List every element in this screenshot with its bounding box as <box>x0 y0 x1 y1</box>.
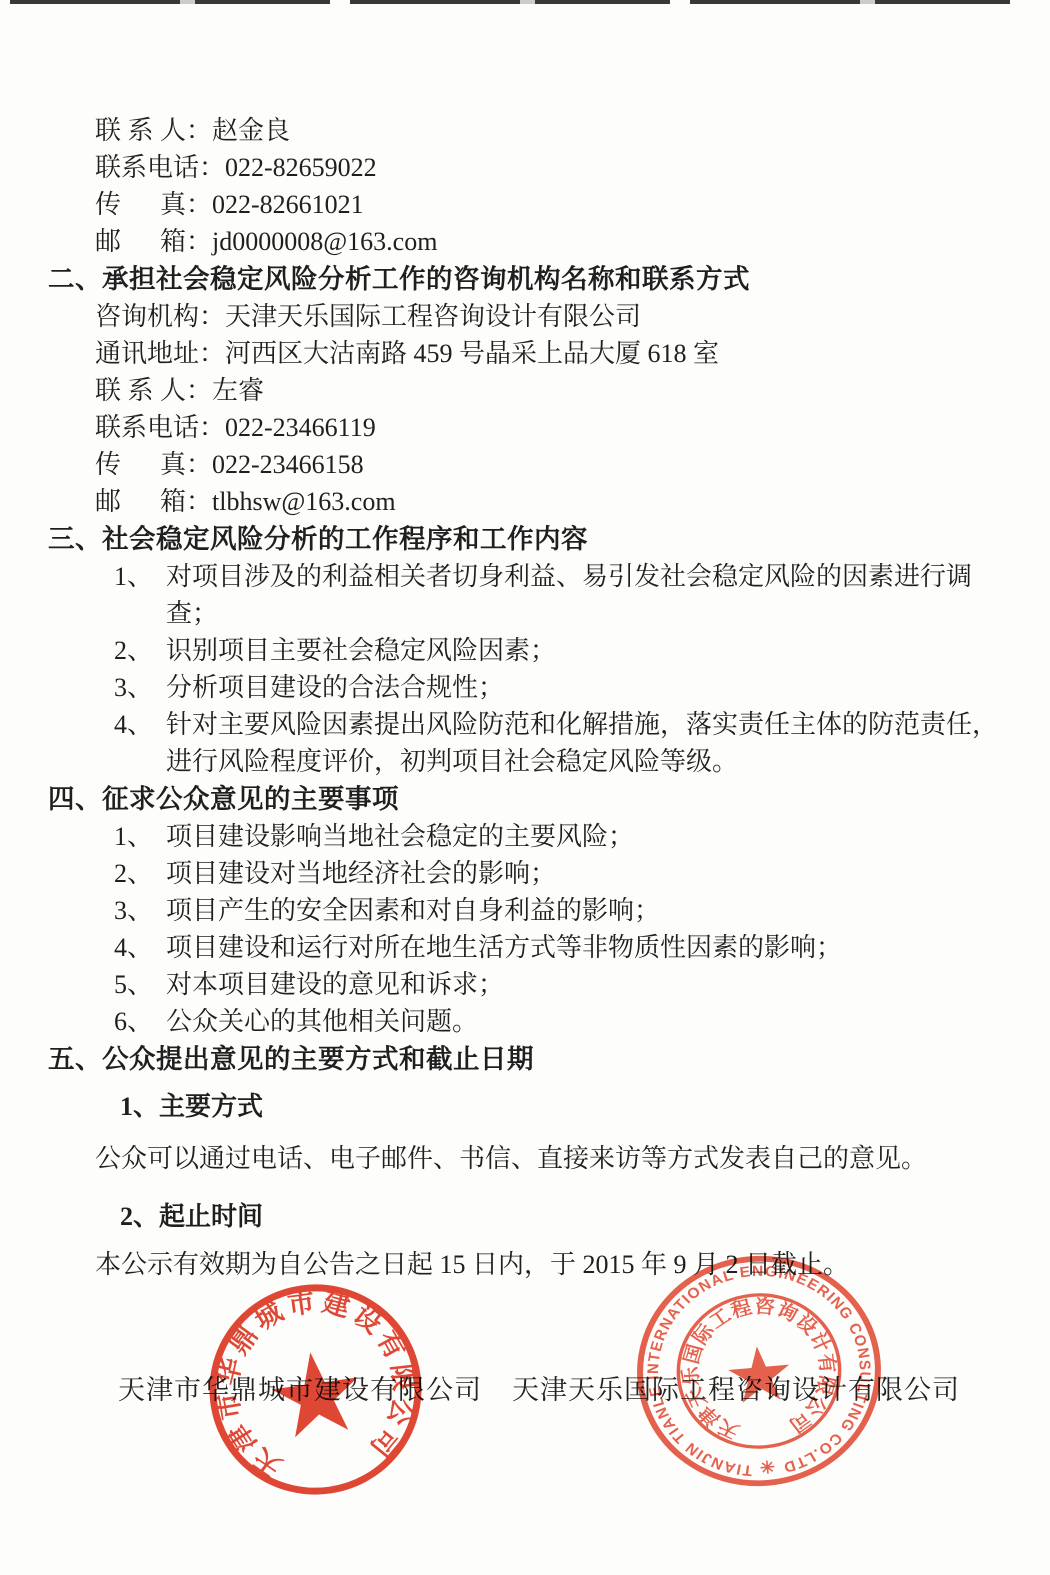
item-text: 项目建设和运行对所在地生活方式等非物质性因素的影响； <box>166 929 1006 966</box>
section5-sub2-title: 2、起止时间 <box>120 1198 1006 1235</box>
contact-row: 联 系 人：赵金良 <box>95 112 1006 149</box>
item-text: 识别项目主要社会稳定风险因素； <box>166 632 1006 669</box>
list-item: 3、项目产生的安全因素和对自身利益的影响； <box>114 892 1006 929</box>
item-text: 公众关心的其他相关问题。 <box>166 1003 1006 1040</box>
item-text: 对本项目建设的意见和诉求； <box>166 966 1006 1003</box>
contact-value: 022-23466158 <box>212 446 364 483</box>
scanned-document-page: 联 系 人：赵金良 联系电话：022-82659022 传 真：022-8266… <box>0 0 1050 1575</box>
list-item: 6、公众关心的其他相关问题。 <box>114 1003 1006 1040</box>
contact-label: 传 真： <box>95 446 212 483</box>
contact-row: 邮 箱：tlbhsw@163.com <box>95 483 1006 520</box>
item-number: 3、 <box>114 892 166 929</box>
section3-title: 三、社会稳定风险分析的工作程序和工作内容 <box>48 520 1006 558</box>
contact-row: 传 真：022-23466158 <box>95 446 1006 483</box>
list-item: 2、项目建设对当地经济社会的影响； <box>114 855 1006 892</box>
section4-title: 四、征求公众意见的主要事项 <box>48 780 1006 818</box>
contact-row: 咨询机构：天津天乐国际工程咨询设计有限公司 <box>95 298 1006 335</box>
item-number: 4、 <box>114 706 166 780</box>
contact-value: tlbhsw@163.com <box>212 483 396 520</box>
seal-left-graphics: 天津市华鼎城市建设有限公司 <box>199 1274 432 1504</box>
contact-row: 联系电话：022-82659022 <box>95 149 1006 186</box>
contact-label: 咨询机构： <box>95 298 225 335</box>
item-text: 项目产生的安全因素和对自身利益的影响； <box>166 892 1006 929</box>
item-number: 5、 <box>114 966 166 1003</box>
item-number: 2、 <box>114 855 166 892</box>
item-text: 分析项目建设的合法合规性； <box>166 669 1006 706</box>
contact-label: 通讯地址： <box>95 335 225 372</box>
contact-row: 通讯地址：河西区大沽南路 459 号晶采上品大厦 618 室 <box>95 335 1006 372</box>
contact-value: 左睿 <box>212 372 264 409</box>
item-number: 6、 <box>114 1003 166 1040</box>
contact-label: 联 系 人： <box>95 112 212 149</box>
list-item: 1、项目建设影响当地社会稳定的主要风险； <box>114 818 1006 855</box>
item-number: 1、 <box>114 818 166 855</box>
list-item: 2、识别项目主要社会稳定风险因素； <box>114 632 1006 669</box>
item-text: 对项目涉及的利益相关者切身利益、易引发社会稳定风险的因素进行调查； <box>166 558 1006 632</box>
scan-artifact-top-edge <box>10 0 1024 4</box>
contact-value: 022-82661021 <box>212 186 364 223</box>
contact-label: 联 系 人： <box>95 372 212 409</box>
section5-sub1-paragraph: 公众可以通过电话、电子邮件、书信、直接来访等方式发表自己的意见。 <box>95 1140 1006 1177</box>
seal-bottom-ornament-icon: ✳ <box>759 1457 776 1478</box>
item-number: 2、 <box>114 632 166 669</box>
item-text: 针对主要风险因素提出风险防范和化解措施，落实责任主体的防范责任，进行风险程度评价… <box>166 706 1006 780</box>
section2-title: 二、承担社会稳定风险分析工作的咨询机构名称和联系方式 <box>48 260 1006 298</box>
contact-value: 河西区大沽南路 459 号晶采上品大厦 618 室 <box>225 335 719 372</box>
contact-label: 邮 箱： <box>95 483 212 520</box>
item-number: 1、 <box>114 558 166 632</box>
contact-label: 联系电话： <box>95 409 225 446</box>
contact-value: 022-82659022 <box>225 149 377 186</box>
contact-value: 赵金良 <box>212 112 290 149</box>
contact-label: 传 真： <box>95 186 212 223</box>
owner-contact-block: 联 系 人：赵金良 联系电话：022-82659022 传 真：022-8266… <box>95 112 1006 260</box>
section5-title: 五、公众提出意见的主要方式和截止日期 <box>48 1040 1006 1078</box>
contact-value: 天津天乐国际工程咨询设计有限公司 <box>225 298 641 335</box>
list-item: 5、对本项目建设的意见和诉求； <box>114 966 1006 1003</box>
contact-label: 联系电话： <box>95 149 225 186</box>
seal-right-graphics: TIANJIN TIANLE INTERNATIONAL ENGINEERING… <box>631 1249 888 1493</box>
list-item: 4、项目建设和运行对所在地生活方式等非物质性因素的影响； <box>114 929 1006 966</box>
company-seal-right: TIANJIN TIANLE INTERNATIONAL ENGINEERING… <box>626 1245 891 1498</box>
list-item: 4、针对主要风险因素提出风险防范和化解措施，落实责任主体的防范责任，进行风险程度… <box>114 706 1006 780</box>
document-body: 联 系 人：赵金良 联系电话：022-82659022 传 真：022-8266… <box>48 112 1006 1283</box>
item-text: 项目建设影响当地社会稳定的主要风险； <box>166 818 1006 855</box>
contact-label: 邮 箱： <box>95 223 212 260</box>
list-item: 3、分析项目建设的合法合规性； <box>114 669 1006 706</box>
star-icon <box>726 1344 792 1404</box>
contact-row: 联系电话：022-23466119 <box>95 409 1006 446</box>
contact-value: 022-23466119 <box>225 409 376 446</box>
company-seal-left: 天津市华鼎城市建设有限公司 <box>192 1267 439 1512</box>
section5-sub1-title: 1、主要方式 <box>120 1088 1006 1125</box>
star-icon <box>267 1346 365 1439</box>
item-number: 3、 <box>114 669 166 706</box>
contact-row: 传 真：022-82661021 <box>95 186 1006 223</box>
item-number: 4、 <box>114 929 166 966</box>
contact-value: jd0000008@163.com <box>212 223 437 260</box>
contact-row: 邮 箱：jd0000008@163.com <box>95 223 1006 260</box>
contact-row: 联 系 人：左睿 <box>95 372 1006 409</box>
item-text: 项目建设对当地经济社会的影响； <box>166 855 1006 892</box>
list-item: 1、对项目涉及的利益相关者切身利益、易引发社会稳定风险的因素进行调查； <box>114 558 1006 632</box>
consultant-contact-block: 咨询机构：天津天乐国际工程咨询设计有限公司 通讯地址：河西区大沽南路 459 号… <box>95 298 1006 520</box>
